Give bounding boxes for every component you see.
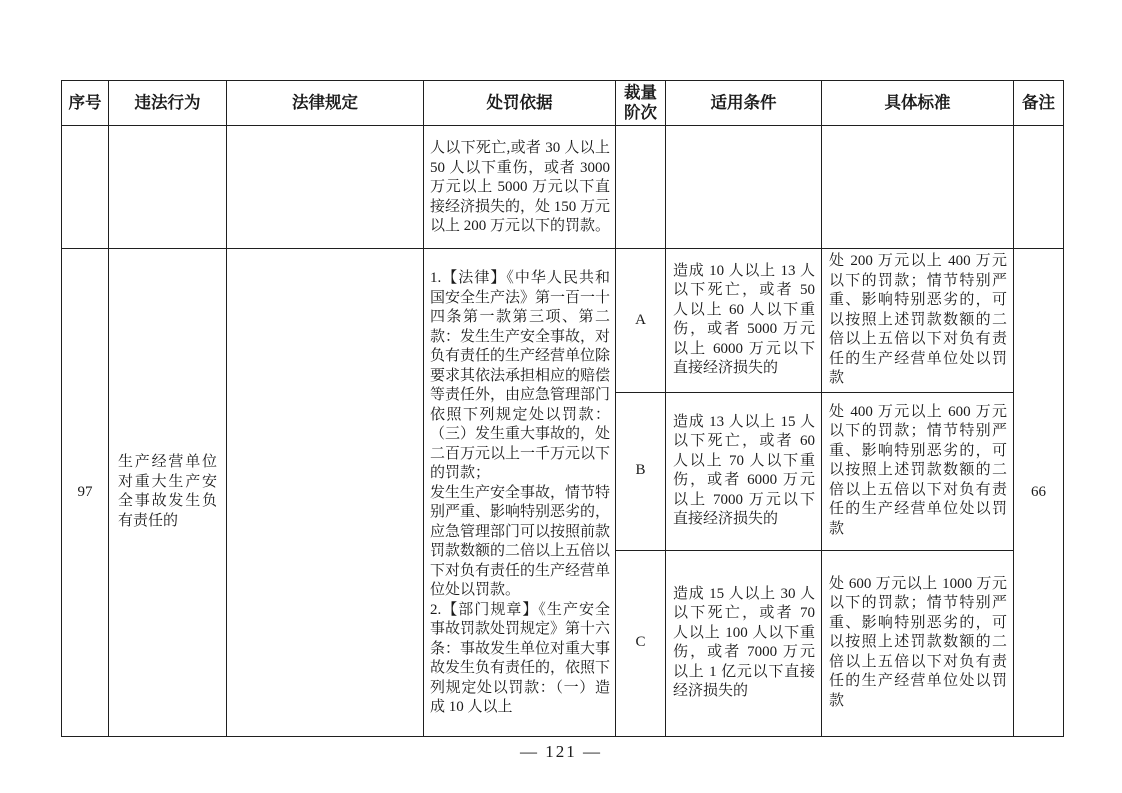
- col-header-legal-provision: 法律规定: [227, 81, 424, 126]
- cell-condition-b: 造成 13 人以上 15 人以下死亡，或者 60 人以上 70 人以下重伤，或者…: [666, 392, 822, 550]
- cell-condition-c: 造成 15 人以上 30 人以下死亡，或者 70 人以上 100 人以下重伤，或…: [666, 550, 822, 736]
- cell-penalty-basis-97: 1.【法律】《中华人民共和国安全生产法》第一百一十四条第一款第三项、第二款：发生…: [424, 249, 616, 737]
- cell-legal-provision-97: [227, 249, 424, 737]
- cell-standard-c: 处 600 万元以上 1000 万元以下的罚款；情节特别严重、影响特别恶劣的，可…: [822, 550, 1014, 736]
- cell-illegal-act-97: 生产经营单位对重大生产安全事故发生负有责任的: [109, 249, 227, 737]
- col-header-remark: 备注: [1014, 81, 1064, 126]
- cell-illegal-act-empty: [109, 126, 227, 249]
- document-page: 序号 违法行为 法律规定 处罚依据 裁量阶次 适用条件 具体标准 备注 人以下死…: [0, 0, 1122, 793]
- table-row-continuation: 人以下死亡,或者 30 人以上 50 人以下重伤，或者 3000 万元以上 50…: [62, 126, 1064, 249]
- penalty-discretion-table: 序号 违法行为 法律规定 处罚依据 裁量阶次 适用条件 具体标准 备注 人以下死…: [61, 80, 1064, 737]
- cell-standard-b: 处 400 万元以上 600 万元以下的罚款；情节特别严重、影响特别恶劣的，可以…: [822, 392, 1014, 550]
- cell-condition-empty: [666, 126, 822, 249]
- col-header-applicable-condition: 适用条件: [666, 81, 822, 126]
- cell-penalty-basis-continuation: 人以下死亡,或者 30 人以上 50 人以下重伤，或者 3000 万元以上 50…: [424, 126, 616, 249]
- header-row: 序号 违法行为 法律规定 处罚依据 裁量阶次 适用条件 具体标准 备注: [62, 81, 1064, 126]
- cell-serial-97: 97: [62, 249, 109, 737]
- cell-condition-a: 造成 10 人以上 13 人以下死亡，或者 50 人以上 60 人以下重伤，或者…: [666, 249, 822, 393]
- cell-tier-b: B: [616, 392, 666, 550]
- page-number: — 121 —: [0, 742, 1122, 762]
- cell-standard-empty: [822, 126, 1014, 249]
- cell-legal-provision-empty: [227, 126, 424, 249]
- cell-remark-empty: [1014, 126, 1064, 249]
- cell-standard-a: 处 200 万元以上 400 万元以下的罚款；情节特别严重、影响特别恶劣的，可以…: [822, 249, 1014, 393]
- col-header-discretion-tier: 裁量阶次: [616, 81, 666, 126]
- cell-remark-97: 66: [1014, 249, 1064, 737]
- cell-tier-empty: [616, 126, 666, 249]
- cell-tier-c: C: [616, 550, 666, 736]
- col-header-specific-standard: 具体标准: [822, 81, 1014, 126]
- table-row-97-tier-a: 97 生产经营单位对重大生产安全事故发生负有责任的 1.【法律】《中华人民共和国…: [62, 249, 1064, 393]
- col-header-penalty-basis: 处罚依据: [424, 81, 616, 126]
- col-header-illegal-act: 违法行为: [109, 81, 227, 126]
- cell-serial-empty: [62, 126, 109, 249]
- cell-tier-a: A: [616, 249, 666, 393]
- col-header-serial: 序号: [62, 81, 109, 126]
